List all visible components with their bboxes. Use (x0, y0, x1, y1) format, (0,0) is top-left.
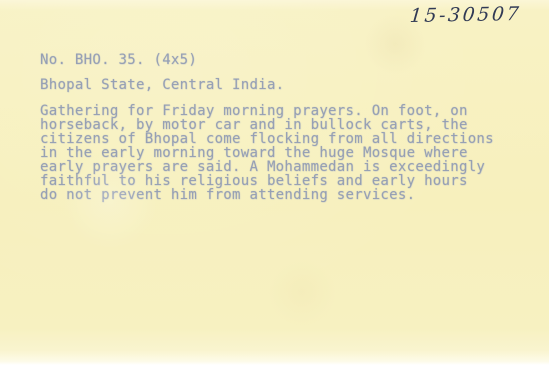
negative-number-line: No. BHO. 35. (4x5) (40, 52, 197, 68)
caption-card: 15-30507 No. BHO. 35. (4x5) Bhopal State… (0, 0, 549, 365)
handwritten-catalog-number: 15-30507 (409, 3, 522, 27)
location-line: Bhopal State, Central India. (40, 77, 284, 93)
caption-text: Gathering for Friday morning prayers. On… (40, 104, 520, 202)
